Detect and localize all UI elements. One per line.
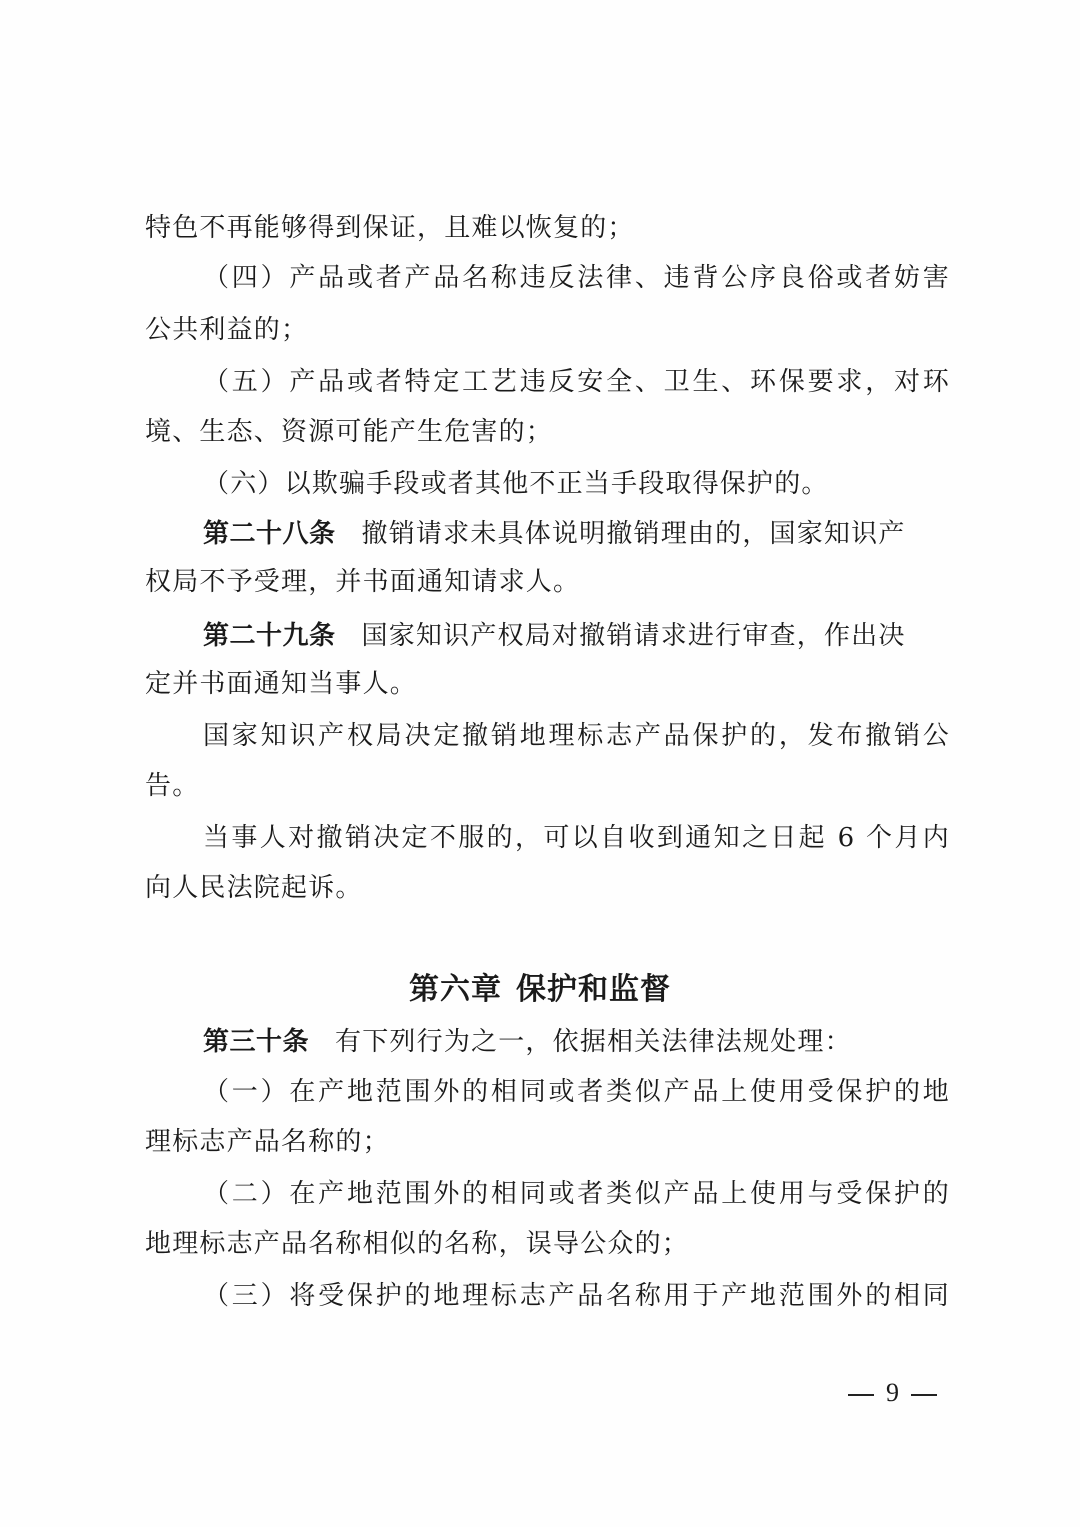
text-line: 境、生态、资源可能产生危害的； (145, 412, 950, 452)
document-page: 特色不再能够得到保证，且难以恢复的； （四）产品或者产品名称违反法律、违背公序良… (0, 0, 1080, 1527)
article-29: 第二十九条国家知识产权局对撤销请求进行审查，作出决 (203, 616, 950, 656)
text-line: 向人民法院起诉。 (145, 868, 950, 908)
dash-decoration (848, 1394, 874, 1396)
text-line: （五）产品或者特定工艺违反安全、卫生、环保要求，对环 (203, 362, 950, 402)
text-line: （一）在产地范围外的相同或者类似产品上使用受保护的地 (203, 1072, 950, 1112)
article-label: 第三十条 (203, 1027, 309, 1057)
chapter-heading: 第六章保护和监督 (0, 968, 1080, 1012)
text-line: 定并书面通知当事人。 (145, 664, 950, 704)
text-line: 告。 (145, 766, 950, 806)
text-line: 国家知识产权局决定撤销地理标志产品保护的，发布撤销公 (203, 716, 950, 756)
text-line: 当事人对撤销决定不服的，可以自收到通知之日起 6 个月内 (203, 818, 950, 858)
text-line: （三）将受保护的地理标志产品名称用于产地范围外的相同 (203, 1276, 950, 1316)
text-line: 权局不予受理，并书面通知请求人。 (145, 562, 950, 602)
chapter-number: 第六章 (409, 972, 502, 1007)
article-text: 国家知识产权局对撤销请求进行审查，作出决 (362, 621, 906, 651)
text-line: 公共利益的； (145, 310, 950, 350)
article-30: 第三十条有下列行为之一，依据相关法律法规处理： (203, 1022, 950, 1062)
text-line: （六）以欺骗手段或者其他不正当手段取得保护的。 (203, 464, 950, 504)
article-text: 有下列行为之一，依据相关法律法规处理： (335, 1027, 852, 1057)
chapter-title: 保护和监督 (516, 972, 671, 1007)
article-label: 第二十八条 (203, 519, 336, 549)
article-label: 第二十九条 (203, 621, 336, 651)
text-line: 特色不再能够得到保证，且难以恢复的； (145, 208, 950, 248)
article-28: 第二十八条撤销请求未具体说明撤销理由的，国家知识产 (203, 514, 950, 554)
page-number-value: 9 (886, 1378, 899, 1407)
text-line: 理标志产品名称的； (145, 1122, 950, 1162)
dash-decoration (911, 1394, 937, 1396)
text-line: （四）产品或者产品名称违反法律、违背公序良俗或者妨害 (203, 258, 950, 298)
text-line: 地理标志产品名称相似的名称，误导公众的； (145, 1224, 950, 1264)
page-number: 9 (848, 1378, 937, 1408)
article-text: 撤销请求未具体说明撤销理由的，国家知识产 (362, 519, 906, 549)
text-line: （二）在产地范围外的相同或者类似产品上使用与受保护的 (203, 1174, 950, 1214)
